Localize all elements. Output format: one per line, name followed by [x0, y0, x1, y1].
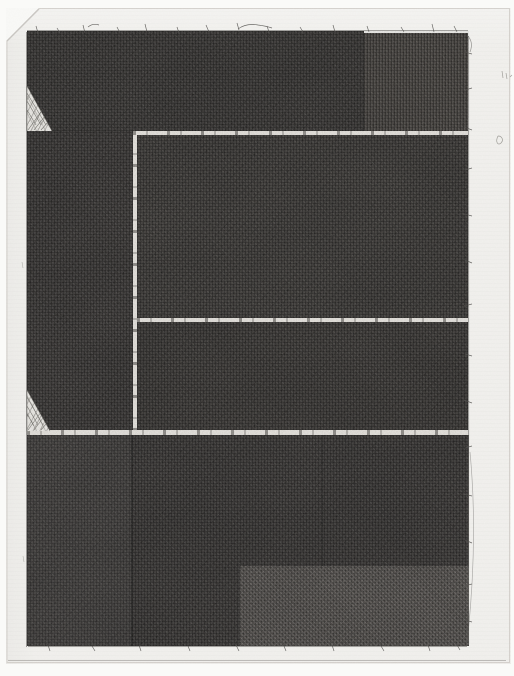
artwork-blocks [0, 0, 514, 676]
mid-lower-block [137, 322, 468, 430]
gap-middle-horizontal [137, 318, 468, 322]
gap-vertical [133, 135, 137, 431]
mid-upper-block [137, 135, 468, 318]
top-band-block [27, 31, 364, 131]
bottom-right-band [240, 566, 469, 646]
gap-top-horizontal [133, 131, 468, 135]
scanned-drawing-photo [0, 0, 514, 676]
top-right-block [364, 33, 468, 131]
gap-lower-horizontal [27, 430, 468, 435]
seam-bottom-left [131, 435, 133, 646]
left-column-block [27, 131, 133, 430]
seam-bottom-mid [322, 435, 323, 566]
bottom-left-shade [27, 435, 131, 646]
